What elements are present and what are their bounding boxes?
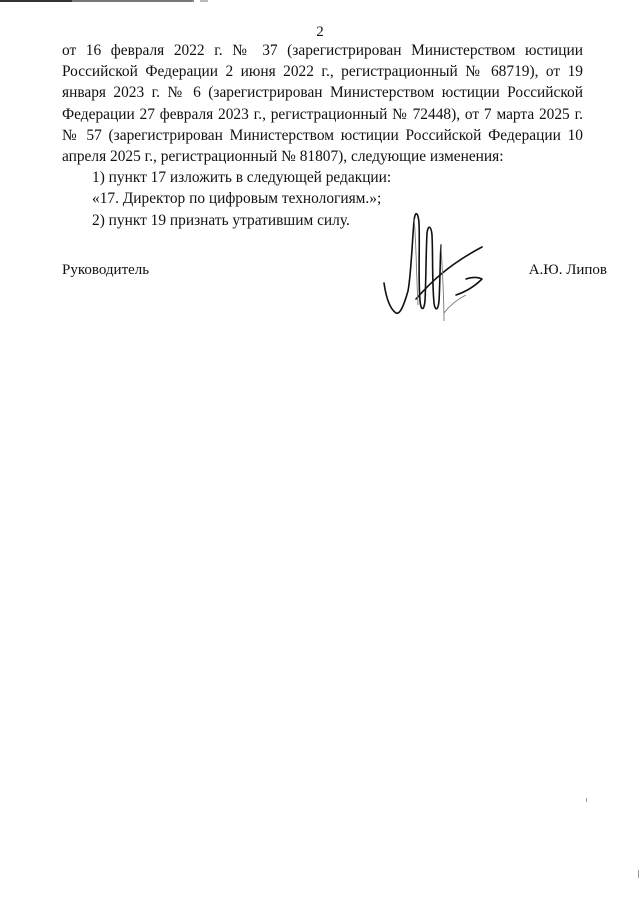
signature-icon [378,205,498,325]
amendment-paragraph: от 16 февраля 2022 г. № 37 (зарегистриро… [62,40,583,167]
list-item: 1) пункт 17 изложить в следующей редакци… [62,167,583,188]
scan-artifact-line [72,0,192,2]
scan-artifact-line [200,0,208,2]
document-body: от 16 февраля 2022 г. № 37 (зарегистриро… [62,40,583,231]
list-item: «17. Директор по цифровым технологиям.»; [62,188,583,209]
list-item: 2) пункт 19 признать утратившим силу. [62,210,583,231]
scan-speck [586,798,587,802]
signatory-name: А.Ю. Липов [529,262,607,279]
scan-speck [638,870,639,878]
scan-artifact-line [0,0,72,2]
page-number: 2 [0,24,640,41]
signatory-title: Руководитель [62,262,149,279]
scan-artifact-line [192,0,194,2]
